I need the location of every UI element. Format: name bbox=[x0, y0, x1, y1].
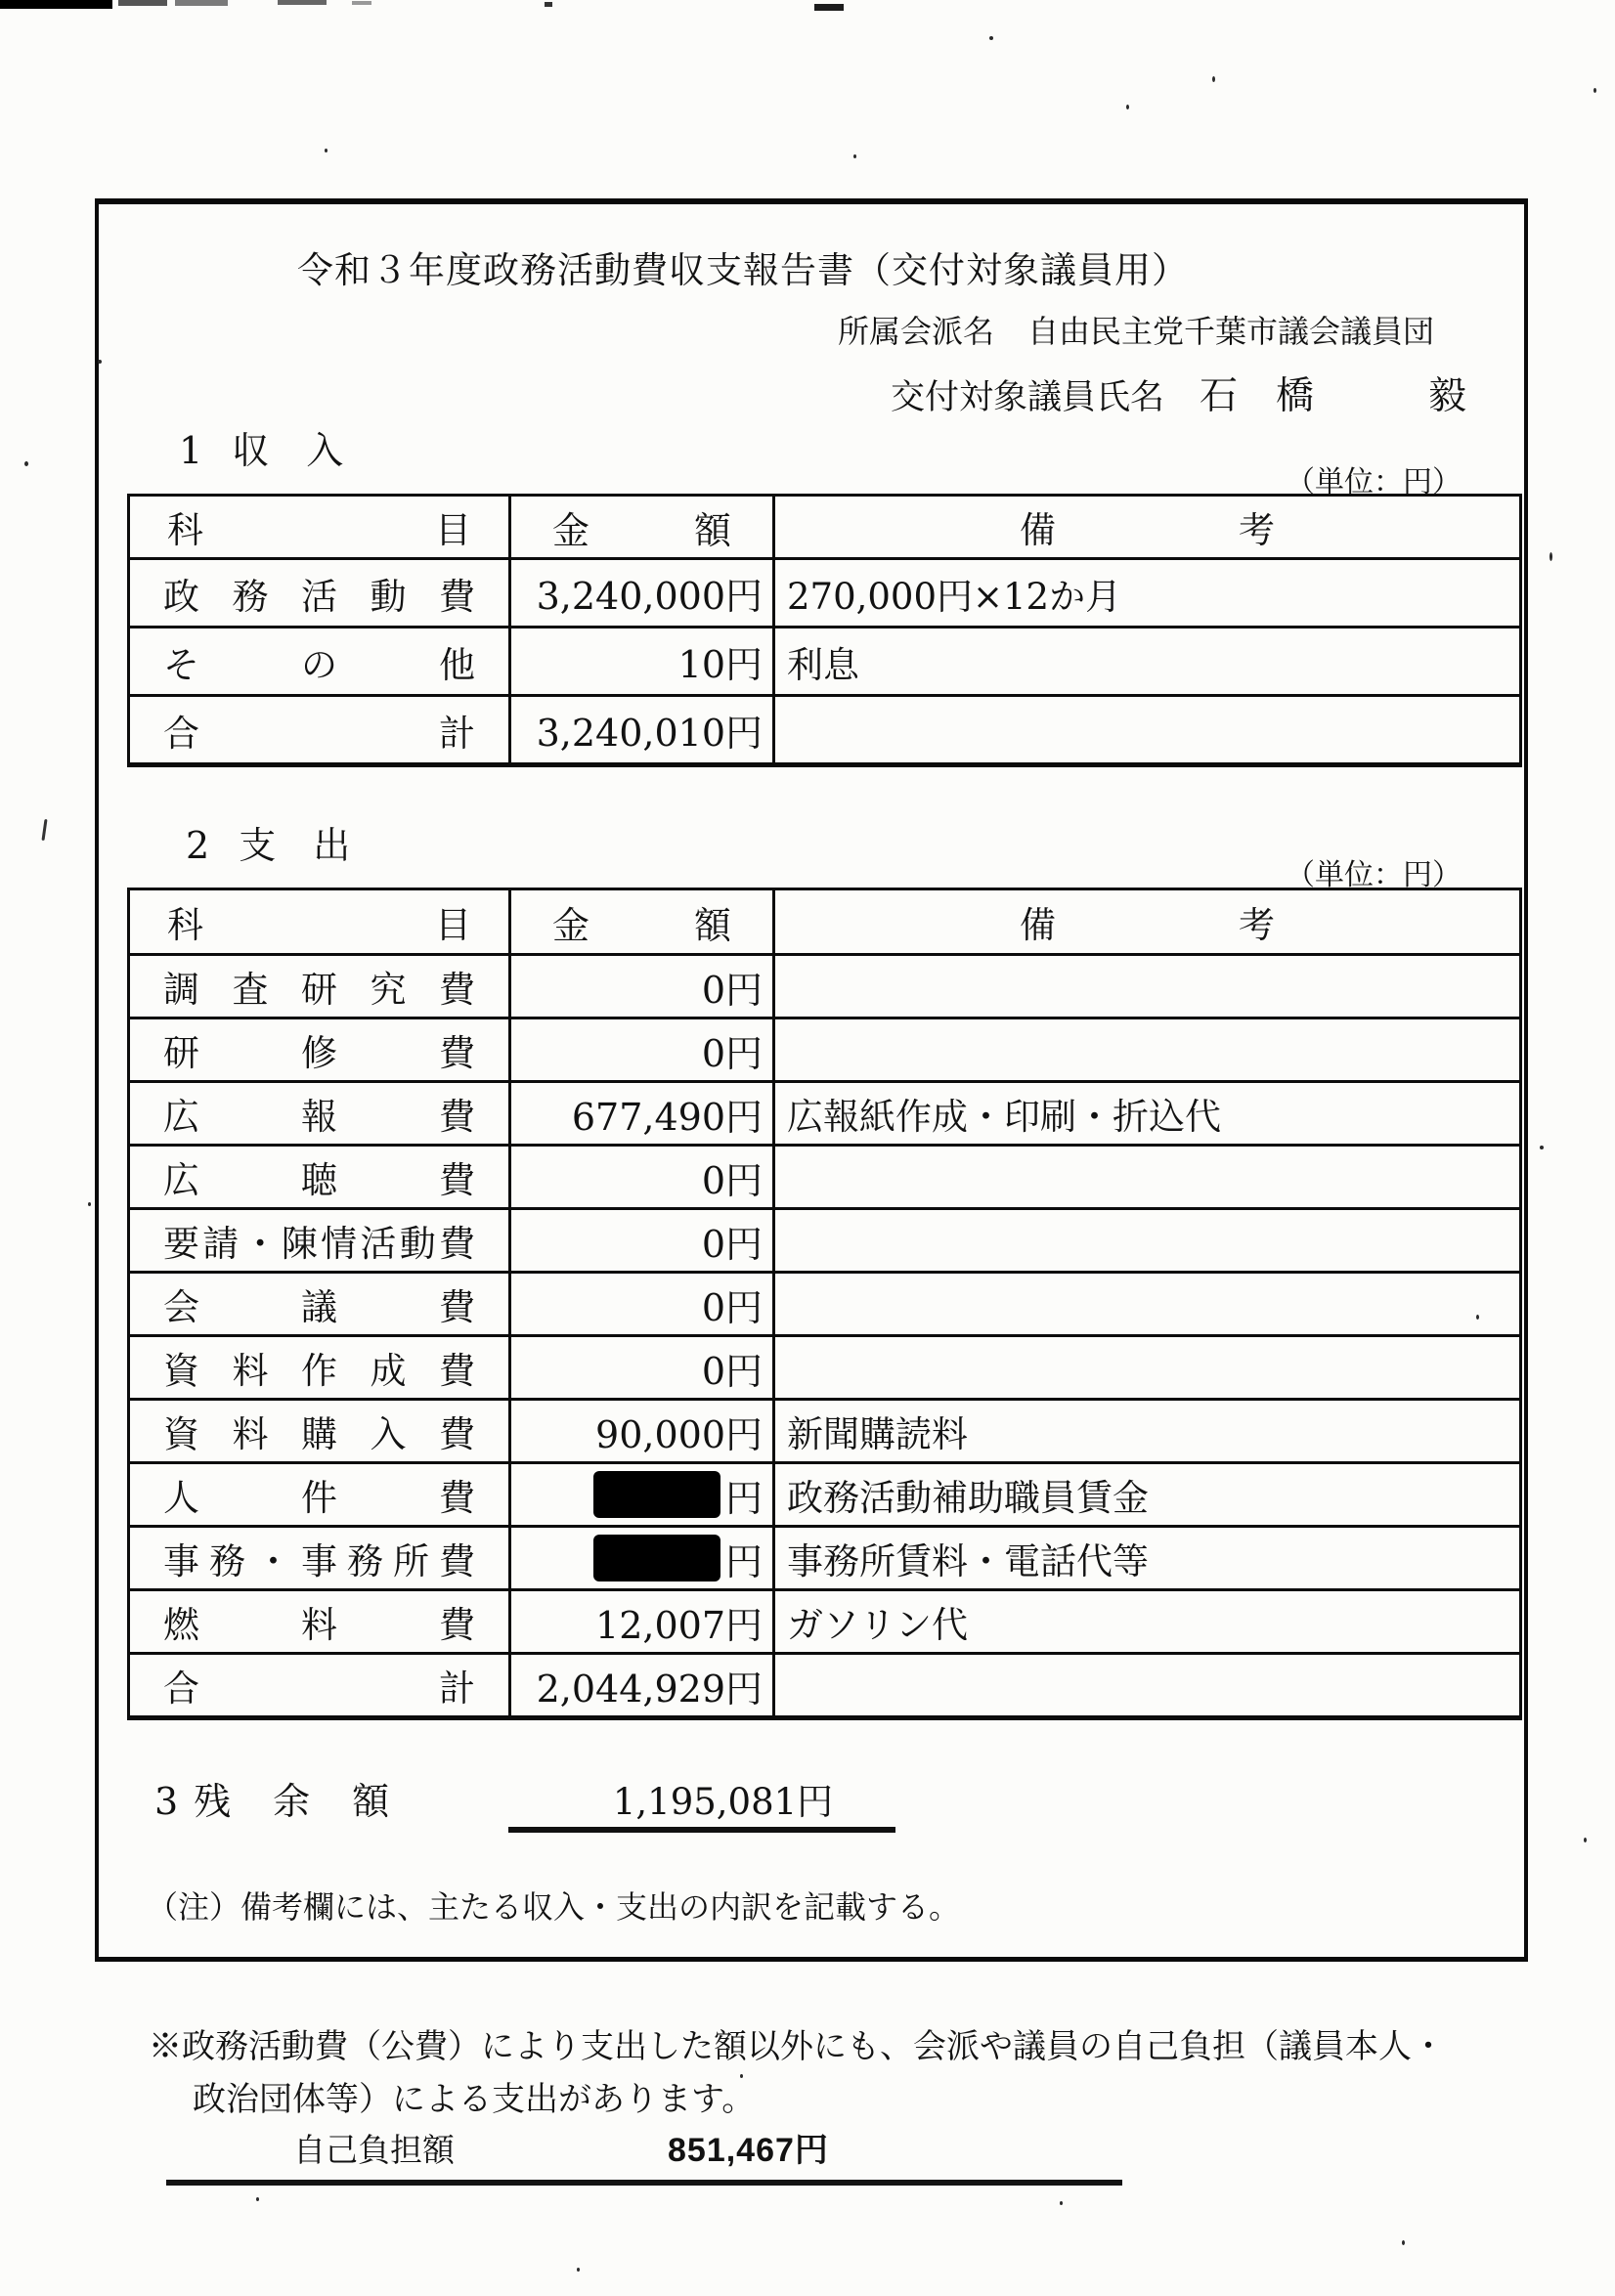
amount-cell: 2,044,929円 bbox=[511, 1655, 775, 1715]
remarks-cell: 事務所賃料・電話代等 bbox=[775, 1528, 1519, 1588]
item-cell: 要請・陳情活動費 bbox=[130, 1210, 511, 1271]
item-cell: 政務活動費 bbox=[130, 560, 511, 626]
amount-cell: 0円 bbox=[511, 1019, 775, 1080]
amount-cell: 0円 bbox=[511, 1210, 775, 1271]
table-row: 会議費0円 bbox=[130, 1271, 1519, 1334]
table-row: 要請・陳情活動費0円 bbox=[130, 1207, 1519, 1271]
scan-artifact bbox=[0, 0, 112, 9]
balance-heading-label: 残余額 bbox=[194, 1771, 389, 1825]
page-title: 令和３年度政務活動費収支報告書（交付対象議員用） bbox=[0, 240, 1486, 293]
remarks-cell bbox=[775, 697, 1519, 762]
remarks-cell: 広報紙作成・印刷・折込代 bbox=[775, 1083, 1519, 1144]
table-row: 広報費677,490円広報紙作成・印刷・折込代 bbox=[130, 1080, 1519, 1144]
self-burden-value: 851,467円 bbox=[668, 2123, 829, 2171]
scan-artifact bbox=[814, 4, 844, 11]
expense-table: 科目 金額 備考 調査研究費0円研修費0円広報費677,490円広報紙作成・印刷… bbox=[127, 888, 1522, 1720]
table-row: その他10円利息 bbox=[130, 626, 1519, 694]
expense-section-heading: 2 支 出 bbox=[186, 815, 350, 869]
amount-cell: 90,000円 bbox=[511, 1401, 775, 1461]
redaction-box bbox=[593, 1471, 720, 1518]
disclaimer-line2: 政治団体等）による支出があります。 bbox=[193, 2072, 755, 2120]
item-cell: 会議費 bbox=[130, 1274, 511, 1334]
item-cell: 人件費 bbox=[130, 1464, 511, 1525]
amount-cell: 3,240,000円 bbox=[511, 560, 775, 626]
expense-heading-label: 支 出 bbox=[239, 815, 350, 869]
item-cell: 燃料費 bbox=[130, 1591, 511, 1652]
remarks-cell: ガソリン代 bbox=[775, 1591, 1519, 1652]
remarks-cell: 新聞購読料 bbox=[775, 1401, 1519, 1461]
balance-heading-number: 3 bbox=[154, 1780, 178, 1823]
item-cell: その他 bbox=[130, 628, 511, 694]
item-cell: 資料購入費 bbox=[130, 1401, 511, 1461]
item-cell: 広聴費 bbox=[130, 1147, 511, 1207]
table-header-row: 科目 金額 備考 bbox=[130, 497, 1519, 557]
remarks-note: （注）備考欄には、主たる収入・支出の内訳を記載する。 bbox=[147, 1883, 960, 1928]
faction-line: 所属会派名 自由民主党千葉市議会議員団 bbox=[838, 307, 1434, 352]
amount-cell: 0円 bbox=[511, 1337, 775, 1398]
amount-unit-suffix: 円 bbox=[725, 1532, 763, 1585]
member-line: 交付対象議員氏名 石 橋 毅 bbox=[891, 366, 1466, 420]
expense-heading-number: 2 bbox=[186, 824, 209, 867]
scan-artifact bbox=[545, 2, 552, 7]
balance-value: 1,195,081円 bbox=[389, 1772, 833, 1825]
redaction-box bbox=[593, 1535, 720, 1581]
scan-artifact bbox=[118, 0, 167, 6]
amount-cell: 12,007円 bbox=[511, 1591, 775, 1652]
member-name-value: 石 橋 毅 bbox=[1200, 366, 1466, 420]
table-row: 合計3,240,010円 bbox=[130, 694, 1519, 762]
item-cell: 事務・事務所費 bbox=[130, 1528, 511, 1588]
table-row: 調査研究費0円 bbox=[130, 953, 1519, 1017]
item-cell: 合計 bbox=[130, 1655, 511, 1715]
amount-unit-suffix: 円 bbox=[725, 1468, 763, 1522]
table-row: 合計2,044,929円 bbox=[130, 1652, 1519, 1715]
item-cell: 合計 bbox=[130, 697, 511, 762]
scan-artifact bbox=[41, 819, 47, 841]
amount-cell: 3,240,010円 bbox=[511, 697, 775, 762]
amount-cell: 10円 bbox=[511, 628, 775, 694]
table-row: 資料作成費0円 bbox=[130, 1334, 1519, 1398]
remarks-cell: 270,000円×12か月 bbox=[775, 560, 1519, 626]
item-cell: 資料作成費 bbox=[130, 1337, 511, 1398]
table-row: 資料購入費90,000円新聞購読料 bbox=[130, 1398, 1519, 1461]
amount-cell: 0円 bbox=[511, 1274, 775, 1334]
remarks-cell bbox=[775, 1210, 1519, 1271]
amount-cell: 0円 bbox=[511, 956, 775, 1017]
amount-cell: 0円 bbox=[511, 1147, 775, 1207]
member-name-label: 交付対象議員氏名 bbox=[891, 370, 1164, 419]
table-row: 政務活動費3,240,000円270,000円×12か月 bbox=[130, 557, 1519, 626]
column-header-amount: 金額 bbox=[511, 497, 775, 557]
scan-artifact bbox=[175, 0, 228, 6]
amount-cell: 677,490円 bbox=[511, 1083, 775, 1144]
self-burden-label: 自己負担額 bbox=[293, 2125, 455, 2171]
table-row: 事務・事務所費円事務所賃料・電話代等 bbox=[130, 1525, 1519, 1588]
faction-label: 所属会派名 bbox=[838, 307, 994, 352]
remarks-cell bbox=[775, 1274, 1519, 1334]
column-header-item: 科目 bbox=[130, 890, 511, 953]
item-cell: 調査研究費 bbox=[130, 956, 511, 1017]
scanned-report-page: 令和３年度政務活動費収支報告書（交付対象議員用） 所属会派名 自由民主党千葉市議… bbox=[0, 0, 1615, 2296]
scan-artifact bbox=[352, 1, 371, 5]
column-header-amount: 金額 bbox=[511, 890, 775, 953]
remarks-cell: 利息 bbox=[775, 628, 1519, 694]
table-header-row: 科目 金額 備考 bbox=[130, 890, 1519, 953]
scan-artifact bbox=[278, 0, 327, 5]
table-row: 人件費円政務活動補助職員賃金 bbox=[130, 1461, 1519, 1525]
amount-cell: 円 bbox=[511, 1464, 775, 1525]
column-header-remarks: 備考 bbox=[775, 497, 1519, 557]
column-header-item: 科目 bbox=[130, 497, 511, 557]
table-row: 燃料費12,007円ガソリン代 bbox=[130, 1588, 1519, 1652]
self-burden-underline bbox=[166, 2180, 1122, 2186]
income-table: 科目 金額 備考 政務活動費3,240,000円270,000円×12か月その他… bbox=[127, 494, 1522, 767]
balance-underline bbox=[508, 1827, 895, 1833]
remarks-cell bbox=[775, 1337, 1519, 1398]
amount-cell: 円 bbox=[511, 1528, 775, 1588]
table-row: 研修費0円 bbox=[130, 1017, 1519, 1080]
disclaimer-line1: ※政務活動費（公費）により支出した額以外にも、会派や議員の自己負担（議員本人・ bbox=[149, 2019, 1445, 2067]
remarks-cell bbox=[775, 956, 1519, 1017]
income-heading-label: 収 入 bbox=[232, 420, 343, 474]
remarks-cell: 政務活動補助職員賃金 bbox=[775, 1464, 1519, 1525]
income-heading-number: 1 bbox=[179, 429, 202, 472]
table-row: 広聴費0円 bbox=[130, 1144, 1519, 1207]
remarks-cell bbox=[775, 1147, 1519, 1207]
balance-line: 3 残余額 1,195,081円 bbox=[154, 1771, 833, 1825]
remarks-cell bbox=[775, 1019, 1519, 1080]
remarks-cell bbox=[775, 1655, 1519, 1715]
faction-value: 自由民主党千葉市議会議員団 bbox=[1027, 307, 1434, 352]
self-burden-line: 自己負担額 851,467円 bbox=[293, 2123, 829, 2171]
item-cell: 研修費 bbox=[130, 1019, 511, 1080]
item-cell: 広報費 bbox=[130, 1083, 511, 1144]
column-header-remarks: 備考 bbox=[775, 890, 1519, 953]
income-section-heading: 1 収 入 bbox=[179, 420, 343, 474]
